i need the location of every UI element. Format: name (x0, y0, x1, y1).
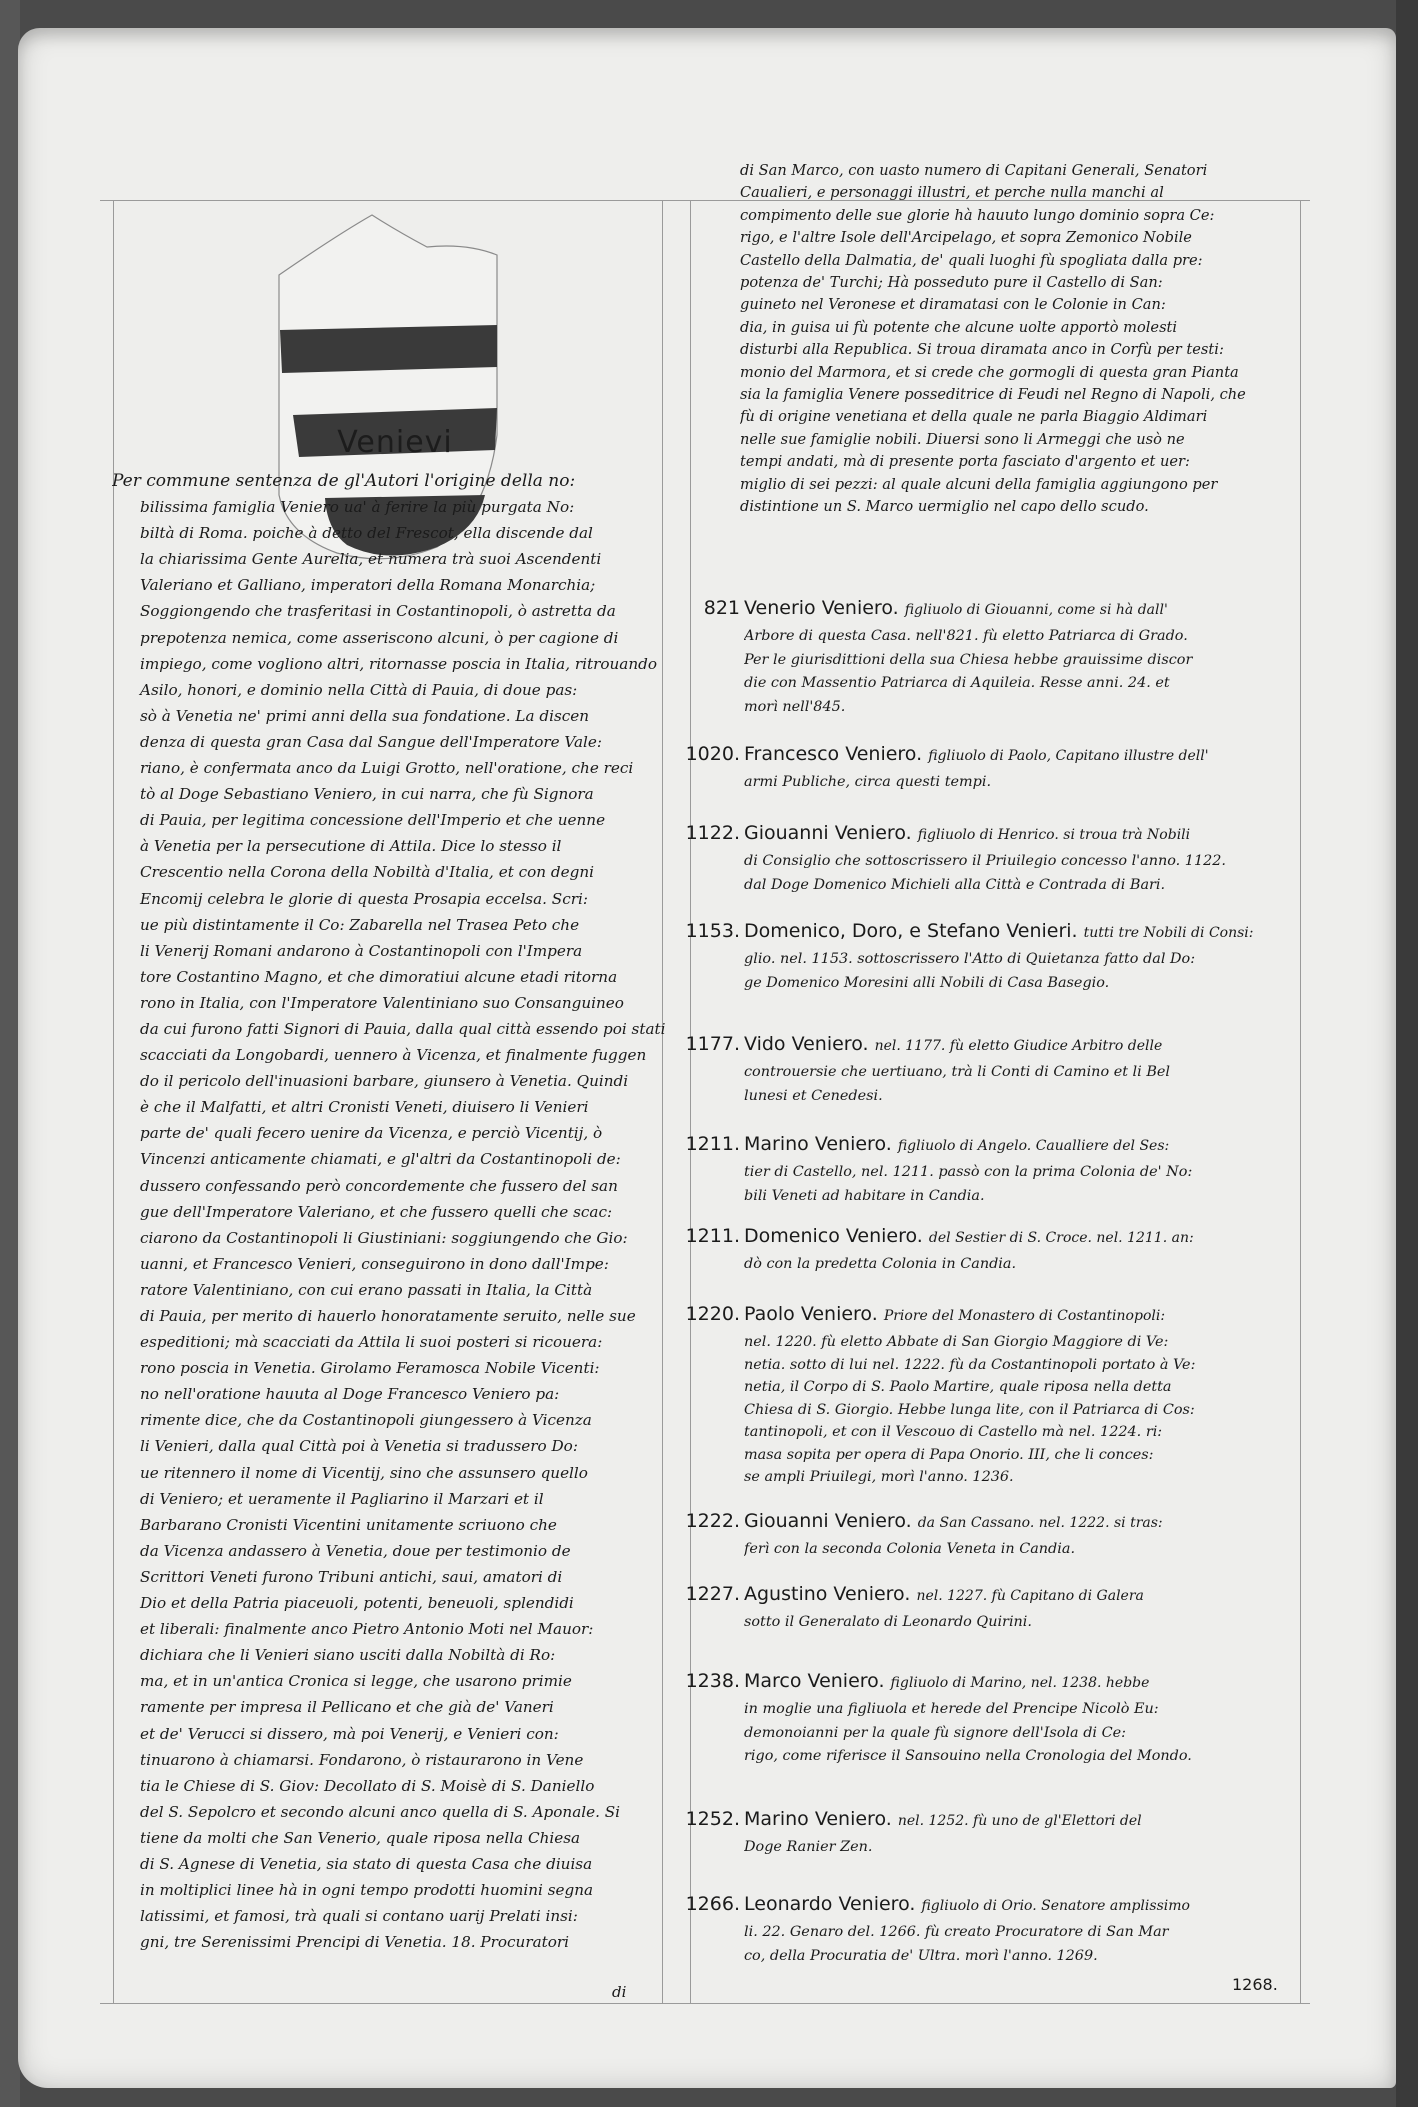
entry-body: Arbore di questa Casa. nell'821. fù elet… (744, 625, 1304, 719)
text-line: del S. Sepolcro et secondo alcuni anco q… (112, 1799, 667, 1825)
text-line: Per le giurisdittioni della sua Chiesa h… (744, 649, 1304, 673)
text-line: ge Domenico Moresini alli Nobili di Casa… (744, 972, 1304, 996)
text-line: dò con la predetta Colonia in Candia. (744, 1253, 1304, 1277)
person-name: Marino Veniero. (744, 1133, 892, 1155)
entry-year: 1211. (676, 1133, 740, 1155)
text-line: Vincenzi anticamente chiamati, e gl'altr… (112, 1146, 667, 1172)
entry-name: Domenico Veniero. del Sestier di S. Croc… (744, 1225, 1194, 1247)
text-line: nel. 1220. fù eletto Abbate di San Giorg… (744, 1331, 1304, 1354)
text-line: tier di Castello, nel. 1211. passò con l… (744, 1161, 1304, 1185)
text-line: prepotenza nemica, come asseriscono alcu… (112, 625, 667, 651)
entry-lead: figliuolo di Paolo, Capitano illustre de… (928, 748, 1208, 764)
text-line: in moglie una figliuola et herede del Pr… (744, 1698, 1304, 1722)
text-line: armi Publiche, circa questi tempi. (744, 771, 1304, 795)
text-line: in moltiplici linee hà in ogni tempo pro… (112, 1877, 667, 1903)
person-name: Giouanni Veniero. (744, 1510, 912, 1532)
entry-name: Francesco Veniero. figliuolo di Paolo, C… (744, 743, 1209, 765)
text-line: se ampli Priuilegi, morì l'anno. 1236. (744, 1466, 1304, 1489)
entry-name: Marco Veniero. figliuolo di Marino, nel.… (744, 1670, 1149, 1692)
folio-number: 1268. (1232, 1975, 1278, 1994)
entry-body: tier di Castello, nel. 1211. passò con l… (744, 1161, 1304, 1208)
text-line: Scrittori Veneti furono Tribuni antichi,… (112, 1564, 667, 1590)
text-line: dichiara che li Venieri siano usciti dal… (112, 1642, 667, 1668)
text-line: gue dell'Imperatore Valeriano, et che fu… (112, 1199, 667, 1225)
text-line: die con Massentio Patriarca di Aquileia.… (744, 672, 1304, 696)
entry-name: Leonardo Veniero. figliuolo di Orio. Sen… (744, 1893, 1190, 1915)
text-line: di San Marco, con uasto numero di Capita… (740, 160, 1300, 182)
entry-year: 1153. (676, 920, 740, 942)
entry-lead: nel. 1227. fù Capitano di Galera (916, 1588, 1143, 1604)
text-line: Crescentio nella Corona della Nobiltà d'… (112, 859, 667, 885)
background-left-edge (0, 0, 20, 2107)
text-line: co, della Procuratia de' Ultra. morì l'a… (744, 1945, 1304, 1969)
text-line: dal Doge Domenico Michieli alla Città e … (744, 874, 1304, 898)
entry-name: Vido Veniero. nel. 1177. fù eletto Giudi… (744, 1033, 1162, 1055)
entry-body: Doge Ranier Zen. (744, 1836, 1304, 1860)
entry-body: ferì con la seconda Colonia Veneta in Ca… (744, 1538, 1304, 1562)
entry-name: Giouanni Veniero. figliuolo di Henrico. … (744, 822, 1190, 844)
text-line: tò al Doge Sebastiano Veniero, in cui na… (112, 781, 667, 807)
text-line: Encomij celebra le glorie di questa Pros… (112, 886, 667, 912)
entry-year: 1177. (676, 1033, 740, 1055)
text-line: guineto nel Veronese et diramatasi con l… (740, 294, 1300, 316)
text-line: distintione un S. Marco uermiglio nel ca… (740, 496, 1300, 518)
text-line: Per commune sentenza de gl'Autori l'orig… (112, 468, 667, 494)
entry-lead: nel. 1252. fù uno de gl'Elettori del (898, 1813, 1142, 1829)
entry-name: Marino Veniero. nel. 1252. fù uno de gl'… (744, 1808, 1142, 1830)
text-line: da Vicenza andassero à Venetia, doue per… (112, 1538, 667, 1564)
text-line: disturbi alla Republica. Si troua dirama… (740, 339, 1300, 361)
right-column-intro: di San Marco, con uasto numero di Capita… (740, 160, 1300, 519)
text-line: di Pauia, per merito di hauerlo honorata… (112, 1303, 667, 1329)
text-line: masa sopita per opera di Papa Onorio. II… (744, 1444, 1304, 1467)
text-line: tinuarono à chiamarsi. Fondarono, ò rist… (112, 1747, 667, 1773)
person-name: Domenico Veniero. (744, 1225, 923, 1247)
entry-lead: da San Cassano. nel. 1222. si tras: (918, 1515, 1163, 1531)
text-line: controuersie che uertiuano, trà li Conti… (744, 1061, 1304, 1085)
text-line: espeditioni; mà scacciati da Attila li s… (112, 1329, 667, 1355)
text-line: Dio et della Patria piaceuoli, potenti, … (112, 1590, 667, 1616)
entry-lead: figliuolo di Henrico. si troua trà Nobil… (918, 827, 1190, 843)
person-name: Venerio Veniero. (744, 597, 899, 619)
text-line: compimento delle sue glorie hà hauuto lu… (740, 205, 1300, 227)
text-line: tantinopoli, et con il Vescouo di Castel… (744, 1421, 1304, 1444)
entry-name: Agustino Veniero. nel. 1227. fù Capitano… (744, 1583, 1144, 1605)
entry-year: 1238. (676, 1670, 740, 1692)
text-line: et liberali: finalmente anco Pietro Anto… (112, 1616, 667, 1642)
rule-date-margin (690, 200, 691, 2004)
entry-lead: tutti tre Nobili di Consi: (1084, 925, 1254, 941)
text-line: netia, il Corpo di S. Paolo Martire, qua… (744, 1376, 1304, 1399)
text-line: la chiarissima Gente Aurelia, et numera … (112, 546, 667, 572)
person-name: Giouanni Veniero. (744, 822, 912, 844)
text-line: impiego, come vogliono altri, ritornasse… (112, 651, 667, 677)
entry-lead: nel. 1177. fù eletto Giudice Arbitro del… (875, 1038, 1163, 1054)
entry-body: dò con la predetta Colonia in Candia. (744, 1253, 1304, 1277)
text-line: Castello della Dalmatia, de' quali luogh… (740, 250, 1300, 272)
entry-body: controuersie che uertiuano, trà li Conti… (744, 1061, 1304, 1108)
text-line: uanni, et Francesco Venieri, conseguiron… (112, 1251, 667, 1277)
entry-year: 1222. (676, 1510, 740, 1532)
text-line: sò à Venetia ne' primi anni della sua fo… (112, 703, 667, 729)
text-line: biltà di Roma. poiche à detto del Fresco… (112, 520, 667, 546)
text-line: lunesi et Cenedesi. (744, 1085, 1304, 1109)
text-line: ue più distintamente il Co: Zabarella ne… (112, 912, 667, 938)
entry-body: nel. 1220. fù eletto Abbate di San Giorg… (744, 1331, 1304, 1489)
text-line: morì nell'845. (744, 696, 1304, 720)
text-line: ferì con la seconda Colonia Veneta in Ca… (744, 1538, 1304, 1562)
text-line: tiene da molti che San Venerio, quale ri… (112, 1825, 667, 1851)
text-line: rono in Italia, con l'Imperatore Valenti… (112, 990, 667, 1016)
text-line: Barbarano Cronisti Vicentini unitamente … (112, 1512, 667, 1538)
text-line: di Veniero; et ueramente il Pagliarino i… (112, 1486, 667, 1512)
person-name: Paolo Veniero. (744, 1303, 878, 1325)
text-line: gni, tre Serenissimi Prencipi di Venetia… (112, 1929, 667, 1955)
person-name: Vido Veniero. (744, 1033, 869, 1055)
person-name: Francesco Veniero. (744, 743, 922, 765)
person-name: Agustino Veniero. (744, 1583, 910, 1605)
text-line: Arbore di questa Casa. nell'821. fù elet… (744, 625, 1304, 649)
entry-lead: figliuolo di Orio. Senatore amplissimo (921, 1898, 1190, 1914)
person-name: Domenico, Doro, e Stefano Venieri. (744, 920, 1078, 942)
text-line: tia le Chiese di S. Giov: Decollato di S… (112, 1773, 667, 1799)
catchword: di (612, 1983, 626, 2001)
background-right-edge (1396, 0, 1418, 2107)
text-line: da cui furono fatti Signori di Pauia, da… (112, 1016, 667, 1042)
text-line: ciarono da Costantinopoli li Giustiniani… (112, 1225, 667, 1251)
entry-year: 1020. (676, 743, 740, 765)
text-line: latissimi, et famosi, trà quali si conta… (112, 1903, 667, 1929)
text-line: riano, è confermata anco da Luigi Grotto… (112, 755, 667, 781)
person-name: Marco Veniero. (744, 1670, 885, 1692)
entry-name: Paolo Veniero. Priore del Monastero di C… (744, 1303, 1165, 1325)
text-line: bili Veneti ad habitare in Candia. (744, 1185, 1304, 1209)
text-line: monio del Marmora, et si crede che gormo… (740, 362, 1300, 384)
text-line: dia, in guisa ui fù potente che alcune u… (740, 317, 1300, 339)
text-line: di Pauia, per legitima concessione dell'… (112, 807, 667, 833)
text-line: rimente dice, che da Costantinopoli giun… (112, 1407, 667, 1433)
text-line: miglio di sei pezzi: al quale alcuni del… (740, 474, 1300, 496)
text-line: li. 22. Genaro del. 1266. fù creato Proc… (744, 1921, 1304, 1945)
entry-name: Giouanni Veniero. da San Cassano. nel. 1… (744, 1510, 1163, 1532)
text-line: ratore Valentiniano, con cui erano passa… (112, 1277, 667, 1303)
entry-lead: figliuolo di Angelo. Caualliere del Ses: (898, 1138, 1169, 1154)
text-line: Chiesa di S. Giorgio. Hebbe lunga lite, … (744, 1399, 1304, 1422)
text-line: glio. nel. 1153. sottoscrissero l'Atto d… (744, 948, 1304, 972)
entry-lead: del Sestier di S. Croce. nel. 1211. an: (929, 1230, 1194, 1246)
entry-body: glio. nel. 1153. sottoscrissero l'Atto d… (744, 948, 1304, 995)
entry-year: 1122. (676, 822, 740, 844)
entry-body: li. 22. Genaro del. 1266. fù creato Proc… (744, 1921, 1304, 1968)
text-line: ramente per impresa il Pellicano et che … (112, 1694, 667, 1720)
text-line: ue ritennero il nome di Vicentij, sino c… (112, 1460, 667, 1486)
rule-bottom (100, 2003, 1310, 2004)
entry-body: in moglie una figliuola et herede del Pr… (744, 1698, 1304, 1769)
text-line: Asilo, honori, e dominio nella Città di … (112, 677, 667, 703)
entry-year: 1211. (676, 1225, 740, 1247)
entry-year: 1227. (676, 1583, 740, 1605)
text-line: dussero confessando però concordemente c… (112, 1173, 667, 1199)
text-line: rono poscia in Venetia. Girolamo Feramos… (112, 1355, 667, 1381)
text-line: Doge Ranier Zen. (744, 1836, 1304, 1860)
text-line: sia la famiglia Venere posseditrice di F… (740, 384, 1300, 406)
entry-body: armi Publiche, circa questi tempi. (744, 771, 1304, 795)
text-line: tempi andati, mà di presente porta fasci… (740, 451, 1300, 473)
person-name: Marino Veniero. (744, 1808, 892, 1830)
entry-year: 1266. (676, 1893, 740, 1915)
text-line: è che il Malfatti, et altri Cronisti Ven… (112, 1094, 667, 1120)
text-line: bilissima famiglia Veniero ua' à ferire … (112, 494, 667, 520)
text-line: fù di origine venetiana et della quale n… (740, 406, 1300, 428)
entry-name: Domenico, Doro, e Stefano Venieri. tutti… (744, 920, 1253, 942)
entry-body: sotto il Generalato di Leonardo Quirini. (744, 1611, 1304, 1635)
text-line: Caualieri, e personaggi illustri, et per… (740, 182, 1300, 204)
entry-lead: Priore del Monastero di Costantinopoli: (884, 1308, 1165, 1324)
family-title: Venievi (320, 425, 470, 460)
text-line: tore Costantino Magno, et che dimoratiui… (112, 964, 667, 990)
text-line: netia. sotto di lui nel. 1222. fù da Cos… (744, 1354, 1304, 1377)
entry-name: Marino Veniero. figliuolo di Angelo. Cau… (744, 1133, 1169, 1155)
text-line: rigo, come riferisce il Sansouino nella … (744, 1745, 1304, 1769)
text-line: di Consiglio che sottoscrissero il Priui… (744, 850, 1304, 874)
text-line: demonoianni per la quale fù signore dell… (744, 1722, 1304, 1746)
text-line: di S. Agnese di Venetia, sia stato di qu… (112, 1851, 667, 1877)
text-line: denza di questa gran Casa dal Sangue del… (112, 729, 667, 755)
entry-lead: figliuolo di Marino, nel. 1238. hebbe (891, 1675, 1150, 1691)
text-line: li Venerij Romani andarono à Costantinop… (112, 938, 667, 964)
person-name: Leonardo Veniero. (744, 1893, 915, 1915)
text-line: nelle sue famiglie nobili. Diuersi sono … (740, 429, 1300, 451)
text-line: Soggiongendo che trasferitasi in Costant… (112, 598, 667, 624)
text-line: potenza de' Turchi; Hà posseduto pure il… (740, 272, 1300, 294)
text-line: parte de' quali fecero uenire da Vicenza… (112, 1120, 667, 1146)
entry-year: 1220. (676, 1303, 740, 1325)
text-line: Valeriano et Galliano, imperatori della … (112, 572, 667, 598)
entry-body: di Consiglio che sottoscrissero il Priui… (744, 850, 1304, 897)
text-line: et de' Verucci si dissero, mà poi Veneri… (112, 1721, 667, 1747)
text-line: ma, et in un'antica Cronica si legge, ch… (112, 1668, 667, 1694)
text-line: do il pericolo dell'inuasioni barbare, g… (112, 1068, 667, 1094)
entry-year: 1252. (676, 1808, 740, 1830)
text-line: à Venetia per la persecutione di Attila.… (112, 833, 667, 859)
text-line: no nell'oratione hauuta al Doge Francesc… (112, 1381, 667, 1407)
text-line: sotto il Generalato di Leonardo Quirini. (744, 1611, 1304, 1635)
left-column-text: Per commune sentenza de gl'Autori l'orig… (112, 468, 667, 1955)
text-line: rigo, e l'altre Isole dell'Arcipelago, e… (740, 227, 1300, 249)
text-line: scacciati da Longobardi, uennero à Vicen… (112, 1042, 667, 1068)
entry-lead: figliuolo di Giouanni, come si hà dall' (905, 602, 1168, 618)
entry-name: Venerio Veniero. figliuolo di Giouanni, … (744, 597, 1168, 619)
entry-year: 821 (676, 597, 740, 619)
text-line: li Venieri, dalla qual Città poi à Venet… (112, 1433, 667, 1459)
